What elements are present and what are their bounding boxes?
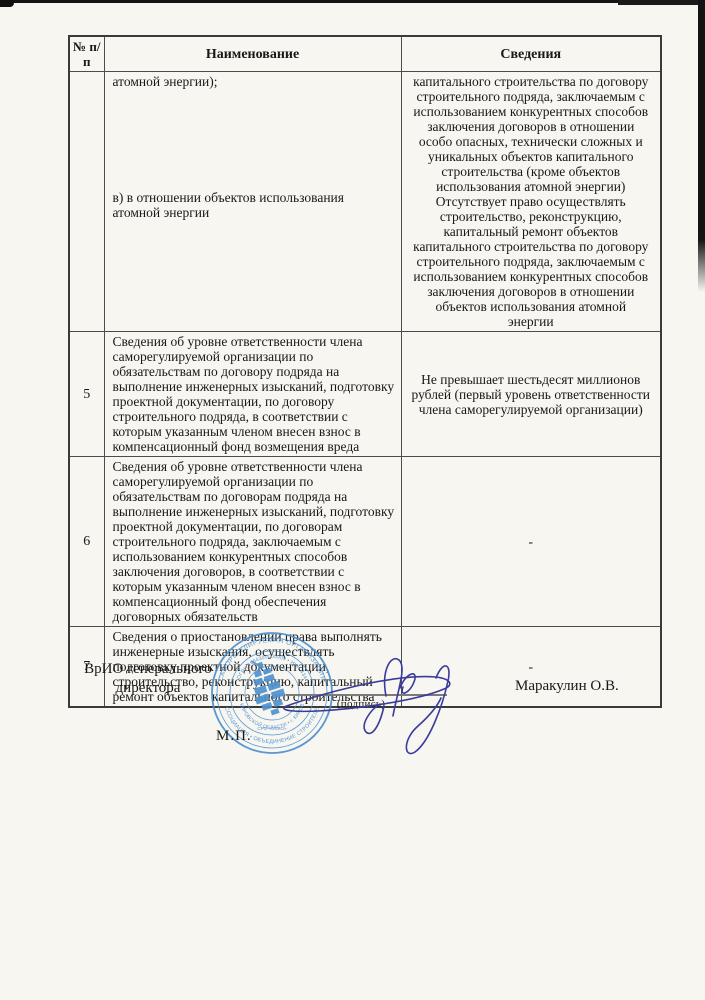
scan-edge-right xyxy=(698,0,705,292)
signer-role-line1: ВрИО генерального xyxy=(84,660,212,679)
cell-num: 5 xyxy=(69,332,104,457)
table-row: атомной энергии); в) в отношении объекто… xyxy=(69,72,661,332)
header-num: № п/п xyxy=(69,36,104,72)
cell-name: Сведения об уровне ответственности члена… xyxy=(104,332,401,457)
cell-num xyxy=(69,72,104,332)
signer-name: Маракулин О.В. xyxy=(515,678,619,695)
cell-info: - xyxy=(401,457,661,627)
cell-name: Сведения об уровне ответственности члена… xyxy=(104,457,401,627)
table-row: 5 Сведения об уровне ответственности чле… xyxy=(69,332,661,457)
scanned-document-page: № п/п Наименование Сведения атомной энер… xyxy=(0,0,705,1000)
header-name: Наименование xyxy=(104,36,401,72)
cell-num: 6 xyxy=(69,457,104,627)
info-paragraph-2: Отсутствует право осуществлять строитель… xyxy=(412,194,651,329)
header-info: Сведения xyxy=(401,36,661,72)
info-paragraph-1: капитального строительства по договору с… xyxy=(412,74,651,194)
signer-role: ВрИО генерального директора xyxy=(84,660,212,698)
scan-edge-top-left xyxy=(0,0,14,7)
name-subitem-text: в) в отношении объектов использования ат… xyxy=(113,190,394,220)
membership-details-table: № п/п Наименование Сведения атомной энер… xyxy=(68,35,662,708)
cell-info: Не превышает шестьдесят миллионов рублей… xyxy=(401,332,661,457)
scan-edge-top xyxy=(0,0,705,3)
name-continuation-text: атомной энергии); xyxy=(113,74,218,89)
cell-info: капитального строительства по договору с… xyxy=(401,72,661,332)
signer-role-line2: директора xyxy=(84,679,212,698)
cell-name: атомной энергии); в) в отношении объекто… xyxy=(104,72,401,332)
table-header-row: № п/п Наименование Сведения xyxy=(69,36,661,72)
scan-edge-top-right xyxy=(618,0,705,5)
handwritten-signature-ink xyxy=(268,648,468,763)
seal-place-mark: М.П. xyxy=(216,728,252,745)
table-row: 6 Сведения об уровне ответственности чле… xyxy=(69,457,661,627)
